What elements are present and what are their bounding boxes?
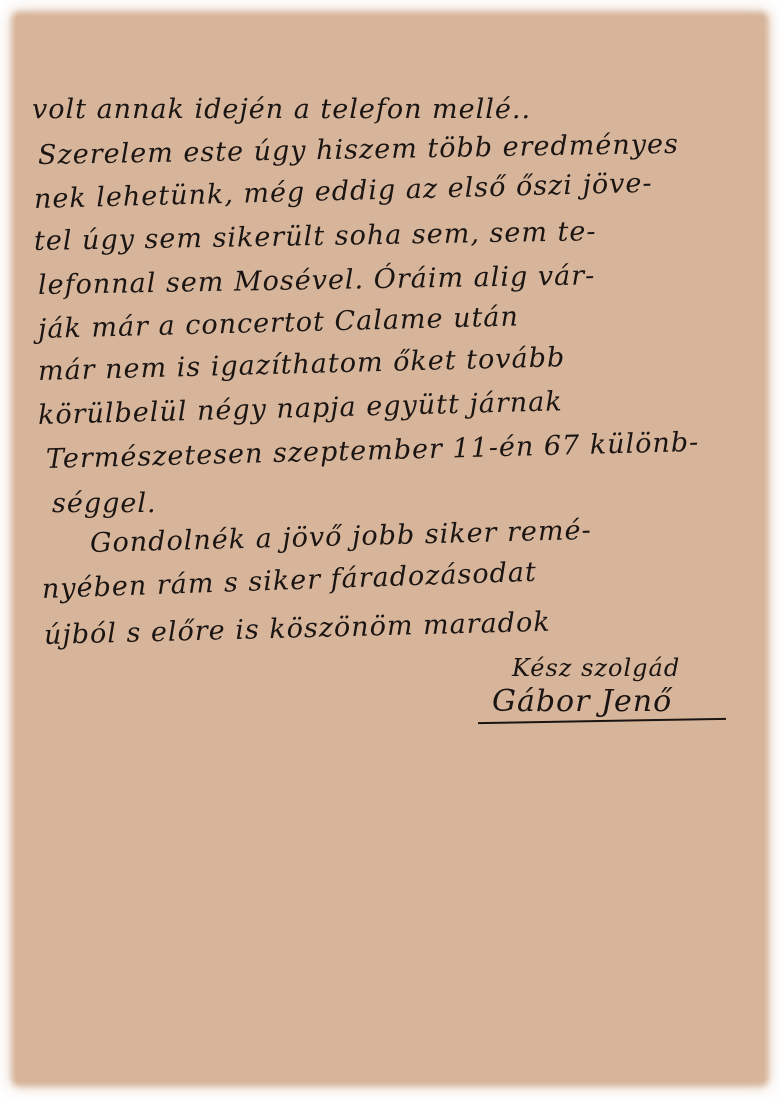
letter-line: ják már a concertot Calame után — [38, 301, 520, 345]
letter-line: séggel. — [52, 488, 157, 519]
letter-line: már nem is igazíthatom őket tovább — [38, 342, 566, 387]
letter-paper: volt annak idején a telefon mellé.. Szer… — [16, 16, 764, 1082]
letter-line: újból s előre is köszönöm maradok — [44, 607, 551, 651]
letter-line: Szerelem este úgy hiszem több eredményes — [38, 129, 679, 171]
letter-closing: Kész szolgád — [512, 654, 680, 682]
letter-line: Természetesen szeptember 11-én 67 különb… — [46, 427, 700, 475]
letter-line: volt annak idején a telefon mellé.. — [32, 94, 531, 125]
letter-line: Gondolnék a jövő jobb siker remé- — [90, 515, 592, 559]
letter-line: nek lehetünk, még eddig az első őszi jöv… — [34, 168, 653, 215]
letter-line: lefonnal sem Mosével. Óráim alig vár- — [38, 260, 596, 301]
letter-line: nyében rám s siker fáradozásodat — [41, 557, 537, 605]
letter-signature: Gábor Jenő — [492, 684, 672, 719]
letter-line: tel úgy sem sikerült soha sem, sem te- — [34, 216, 597, 257]
letter-line: körülbelül négy napja együtt járnak — [38, 386, 563, 431]
